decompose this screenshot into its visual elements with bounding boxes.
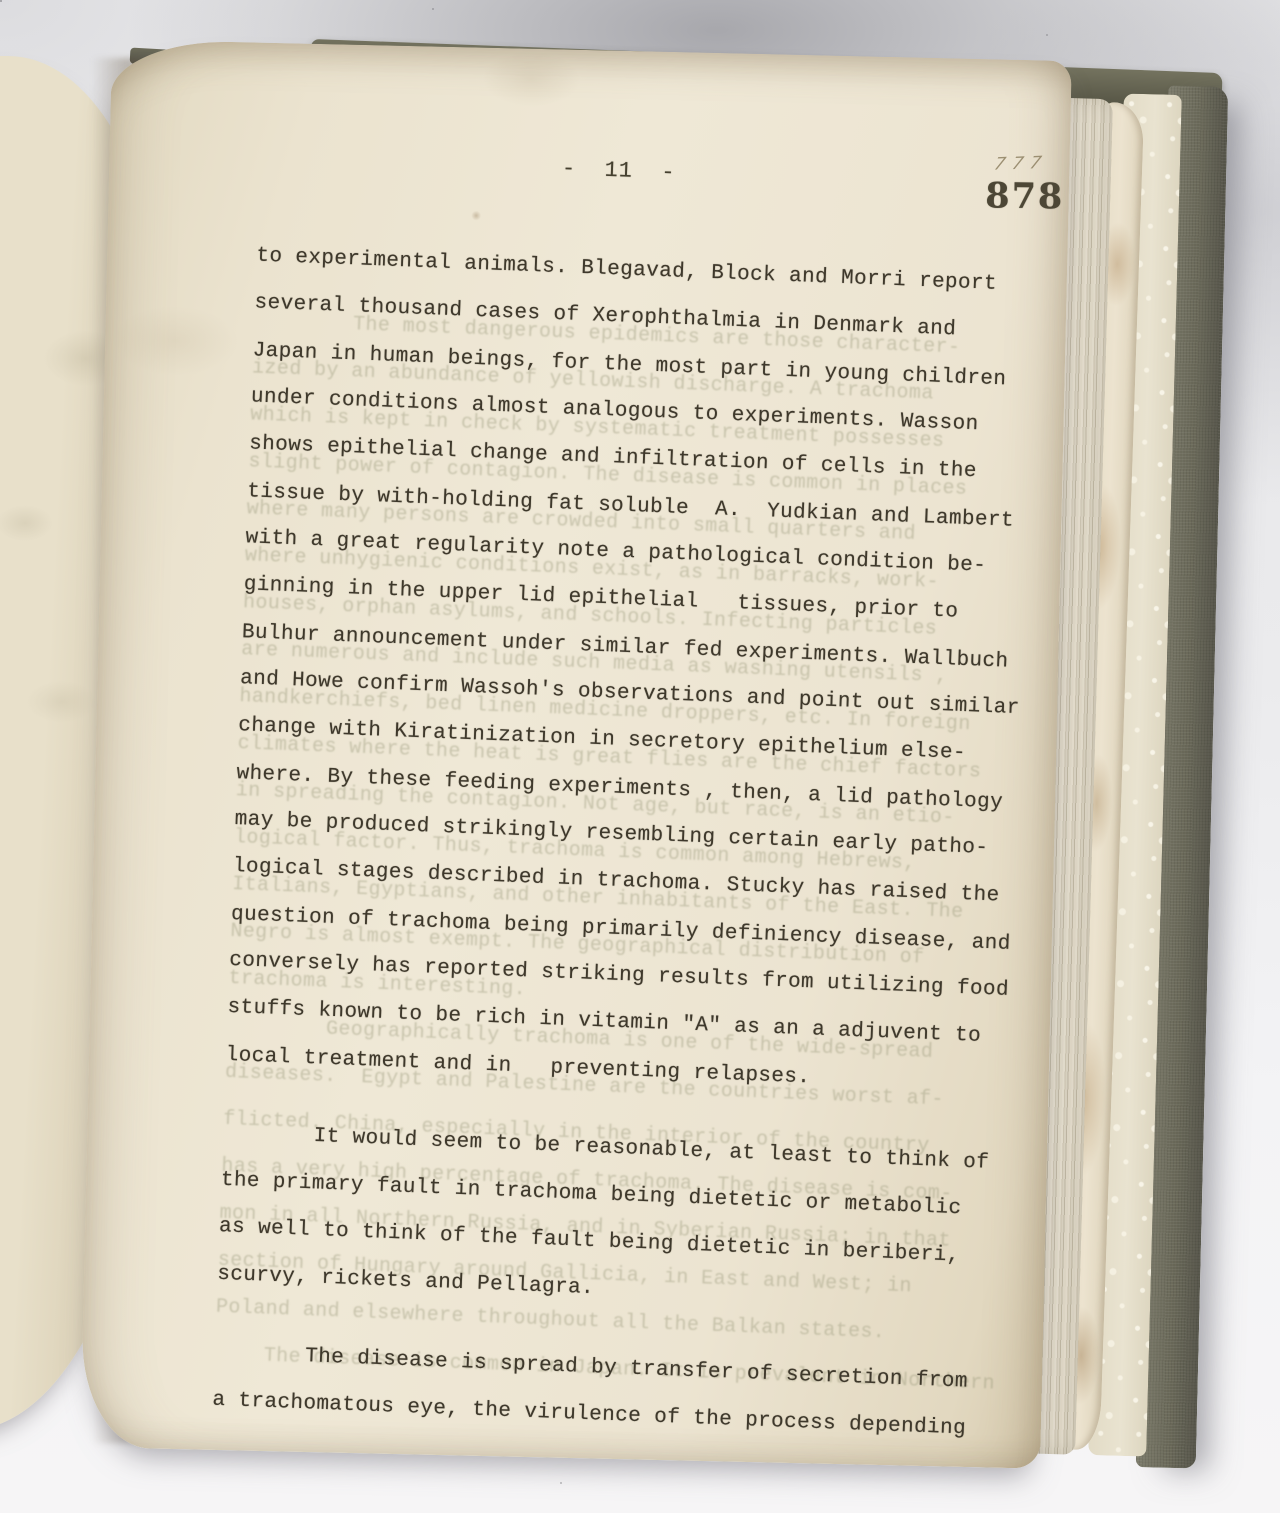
pencil-annotation: 777 — [992, 153, 1050, 175]
paragraph: to experimental animals. Blegavad, Block… — [225, 232, 1097, 1110]
book: The most dangerous epidemics are those c… — [0, 0, 1280, 1513]
page-number-header: - 11 - — [561, 156, 676, 185]
typewritten-text: to experimental animals. Blegavad, Block… — [212, 232, 1097, 1455]
paragraph: It would seem to be reasonable, at least… — [216, 1110, 1063, 1330]
page-content: The most dangerous epidemics are those c… — [61, 37, 1074, 1481]
page-stamp-number: 878 — [985, 175, 1065, 217]
document-page: The most dangerous epidemics are those c… — [80, 39, 1072, 1468]
photo-backdrop: The most dangerous epidemics are those c… — [0, 0, 1280, 1513]
paragraph: The disease is spread by transfer of sec… — [212, 1330, 1055, 1456]
